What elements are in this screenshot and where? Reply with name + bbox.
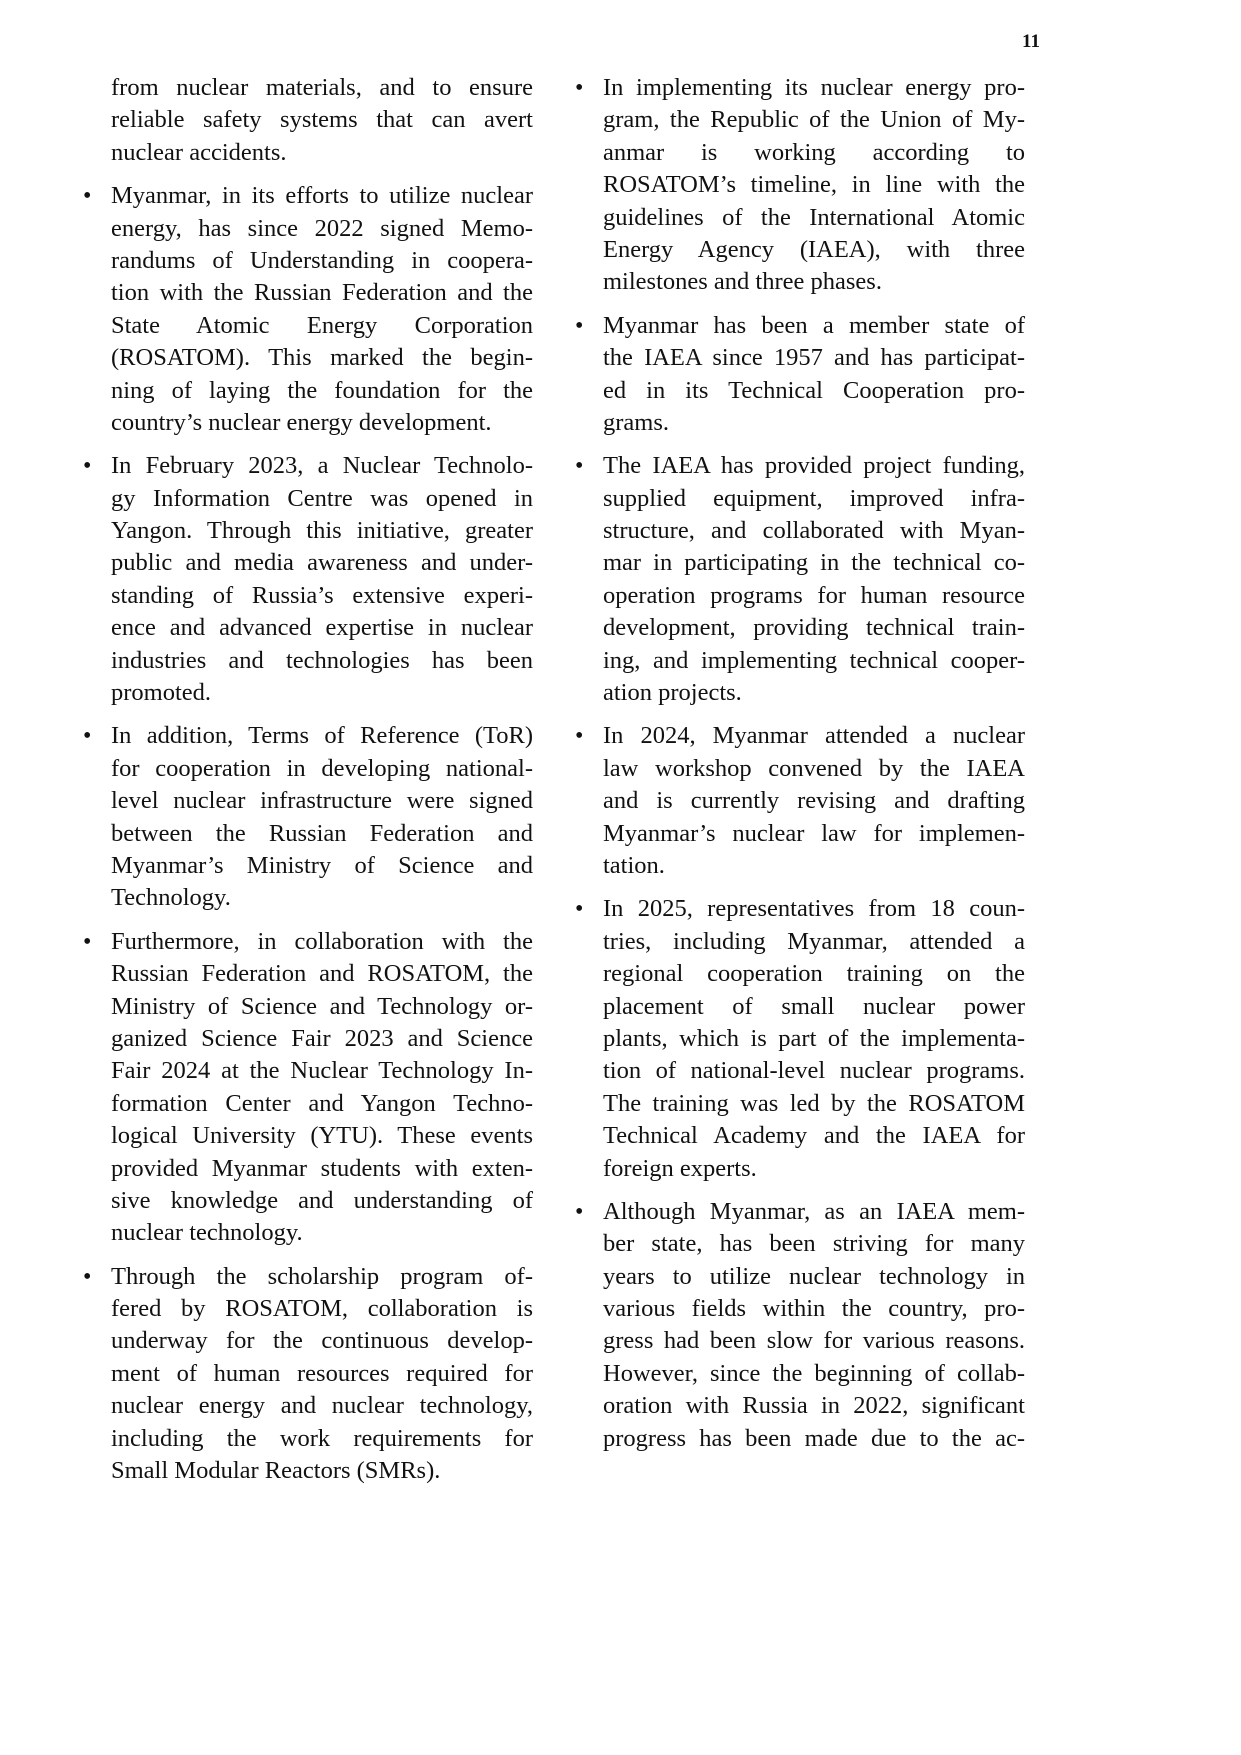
text-line: gy Information Centre was opened in [111,483,533,515]
text-line: years to utilize nuclear technology in [603,1261,1025,1293]
text-line: formation Center and Yangon Techno- [111,1088,533,1120]
bullet-icon: • [83,926,91,958]
text-line: promoted. [111,677,533,709]
text-line: The IAEA has provided project funding, [603,450,1025,482]
text-line: from nuclear materials, and to ensure [111,72,533,104]
text-line: foreign experts. [603,1153,1025,1185]
text-line: oration with Russia in 2022, significant [603,1390,1025,1422]
text-line: ed in its Technical Cooperation pro- [603,375,1025,407]
text-line: progress has been made due to the ac- [603,1423,1025,1455]
text-line: In February 2023, a Nuclear Technolo- [111,450,533,482]
right-column: •In implementing its nuclear energy pro-… [603,72,1025,1455]
text-line: regional cooperation training on the [603,958,1025,990]
text-line: In implementing its nuclear energy pro- [603,72,1025,104]
text-line: Energy Agency (IAEA), with three [603,234,1025,266]
text-line: milestones and three phases. [603,266,1025,298]
bullet-icon: • [575,450,583,482]
text-line: fered by ROSATOM, collaboration is [111,1293,533,1325]
text-line: tion with the Russian Federation and the [111,277,533,309]
text-line: public and media awareness and under- [111,547,533,579]
bullet-list-item: •Through the scholarship program of-fere… [111,1261,533,1488]
text-line: including the work requirements for [111,1423,533,1455]
text-line: tion of national-level nuclear programs. [603,1055,1025,1087]
bullet-icon: • [575,1196,583,1228]
text-line: placement of small nuclear power [603,991,1025,1023]
text-line: standing of Russia’s extensive experi- [111,580,533,612]
bullet-list-item: •In February 2023, a Nuclear Technolo-gy… [111,450,533,709]
text-line: Small Modular Reactors (SMRs). [111,1455,533,1487]
text-line: ing, and implementing technical cooper- [603,645,1025,677]
text-line: industries and technologies has been [111,645,533,677]
text-line: underway for the continuous develop- [111,1325,533,1357]
text-line: Myanmar has been a member state of [603,310,1025,342]
text-line: structure, and collaborated with Myan- [603,515,1025,547]
text-line: development, providing technical train- [603,612,1025,644]
text-line: However, since the beginning of collab- [603,1358,1025,1390]
text-line: ation projects. [603,677,1025,709]
text-line: nuclear accidents. [111,137,533,169]
bullet-icon: • [575,720,583,752]
bullet-list-item: •Furthermore, in collaboration with theR… [111,926,533,1250]
bullet-icon: • [575,72,583,104]
text-line: In 2025, representatives from 18 coun- [603,893,1025,925]
text-line: grams. [603,407,1025,439]
text-line: gress had been slow for various reasons. [603,1325,1025,1357]
bullet-list-item: •Myanmar, in its efforts to utilize nucl… [111,180,533,439]
text-line: plants, which is part of the implementa- [603,1023,1025,1055]
text-line: Technology. [111,882,533,914]
text-line: tation. [603,850,1025,882]
text-line: ganized Science Fair 2023 and Science [111,1023,533,1055]
paragraph-continuation: from nuclear materials, and to ensurerel… [111,72,533,169]
bullet-list-item: •The IAEA has provided project funding,s… [603,450,1025,709]
text-line: supplied equipment, improved infra- [603,483,1025,515]
text-line: State Atomic Energy Corporation [111,310,533,342]
text-line: ment of human resources required for [111,1358,533,1390]
text-line: Through the scholarship program of- [111,1261,533,1293]
left-column: from nuclear materials, and to ensurerel… [111,72,533,1487]
text-line: reliable safety systems that can avert [111,104,533,136]
text-line: In addition, Terms of Reference (ToR) [111,720,533,752]
text-line: guidelines of the International Atomic [603,202,1025,234]
text-line: nuclear energy and nuclear technology, [111,1390,533,1422]
text-line: Technical Academy and the IAEA for [603,1120,1025,1152]
text-line: provided Myanmar students with exten- [111,1153,533,1185]
text-line: mar in participating in the technical co… [603,547,1025,579]
text-line: Fair 2024 at the Nuclear Technology In- [111,1055,533,1087]
bullet-list-item: •In addition, Terms of Reference (ToR)fo… [111,720,533,914]
text-line: (ROSATOM). This marked the begin- [111,342,533,374]
text-line: Myanmar’s nuclear law for implemen- [603,818,1025,850]
text-line: Furthermore, in collaboration with the [111,926,533,958]
text-line: ROSATOM’s timeline, in line with the [603,169,1025,201]
text-line: The training was led by the ROSATOM [603,1088,1025,1120]
text-line: randums of Understanding in coopera- [111,245,533,277]
text-line: level nuclear infrastructure were signed [111,785,533,817]
text-line: various fields within the country, pro- [603,1293,1025,1325]
text-line: gram, the Republic of the Union of My- [603,104,1025,136]
text-line: nuclear technology. [111,1217,533,1249]
bullet-list-item: •In implementing its nuclear energy pro-… [603,72,1025,299]
text-line: Russian Federation and ROSATOM, the [111,958,533,990]
text-line: for cooperation in developing national- [111,753,533,785]
text-line: ence and advanced expertise in nuclear [111,612,533,644]
bullet-list-item: •Although Myanmar, as an IAEA mem-ber st… [603,1196,1025,1455]
bullet-icon: • [575,893,583,925]
bullet-list-item: •In 2024, Myanmar attended a nuclearlaw … [603,720,1025,882]
bullet-icon: • [83,1261,91,1293]
text-line: Ministry of Science and Technology or- [111,991,533,1023]
text-line: energy, has since 2022 signed Memo- [111,213,533,245]
text-line: between the Russian Federation and [111,818,533,850]
text-line: In 2024, Myanmar attended a nuclear [603,720,1025,752]
text-line: law workshop convened by the IAEA [603,753,1025,785]
text-line: ning of laying the foundation for the [111,375,533,407]
bullet-list-item: •Myanmar has been a member state ofthe I… [603,310,1025,440]
text-line: sive knowledge and understanding of [111,1185,533,1217]
bullet-icon: • [83,720,91,752]
bullet-icon: • [83,450,91,482]
text-line: Although Myanmar, as an IAEA mem- [603,1196,1025,1228]
page-number: 11 [1000,31,1040,53]
text-line: anmar is working according to [603,137,1025,169]
text-line: and is currently revising and drafting [603,785,1025,817]
text-line: tries, including Myanmar, attended a [603,926,1025,958]
text-line: operation programs for human resource [603,580,1025,612]
bullet-icon: • [83,180,91,212]
text-line: Myanmar’s Ministry of Science and [111,850,533,882]
text-line: ber state, has been striving for many [603,1228,1025,1260]
text-line: Yangon. Through this initiative, greater [111,515,533,547]
text-line: Myanmar, in its efforts to utilize nucle… [111,180,533,212]
text-line: logical University (YTU). These events [111,1120,533,1152]
text-line: country’s nuclear energy development. [111,407,533,439]
text-line: the IAEA since 1957 and has participat- [603,342,1025,374]
bullet-icon: • [575,310,583,342]
bullet-list-item: •In 2025, representatives from 18 coun-t… [603,893,1025,1185]
